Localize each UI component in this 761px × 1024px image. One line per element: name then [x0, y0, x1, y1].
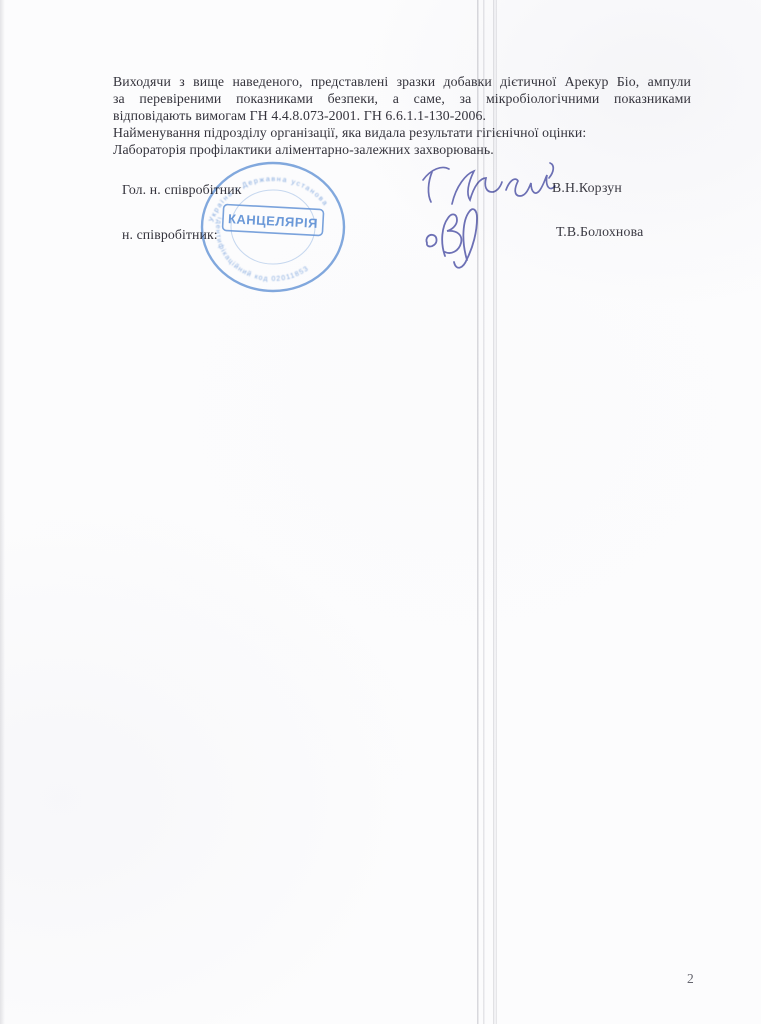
- stamp-center-label: КАНЦЕЛЯРІЯ: [228, 211, 319, 231]
- scanned-document-page: Виходячи з вище наведеного, представлені…: [0, 0, 761, 1024]
- office-stamp: Україна • Державна установа ідентифікаці…: [197, 159, 349, 297]
- body-text-line: Виходячи з вище наведеного, представлені…: [113, 73, 691, 90]
- scan-fold-line: [483, 0, 485, 1024]
- body-text-line: Найменування підрозділу організації, яка…: [113, 124, 691, 141]
- page-number: 2: [687, 971, 694, 987]
- body-text-line: відповідають вимогам ГН 4.4.8.073-2001. …: [113, 107, 691, 124]
- body-text-line: Лабораторія профілактики аліментарно-зал…: [113, 141, 691, 158]
- signature-korzun: [423, 163, 555, 204]
- signatory-name: Т.В.Болохнова: [556, 224, 643, 240]
- signature-bolokhnova: [426, 209, 477, 268]
- body-text-line: за перевіреними показниками безпеки, а с…: [113, 90, 691, 107]
- scan-fold-line: [493, 0, 497, 1024]
- scan-left-edge: [0, 0, 5, 1024]
- handwritten-signatures: [408, 148, 568, 280]
- scan-fold-line: [477, 0, 479, 1024]
- body-text-block: Виходячи з вище наведеного, представлені…: [113, 73, 691, 158]
